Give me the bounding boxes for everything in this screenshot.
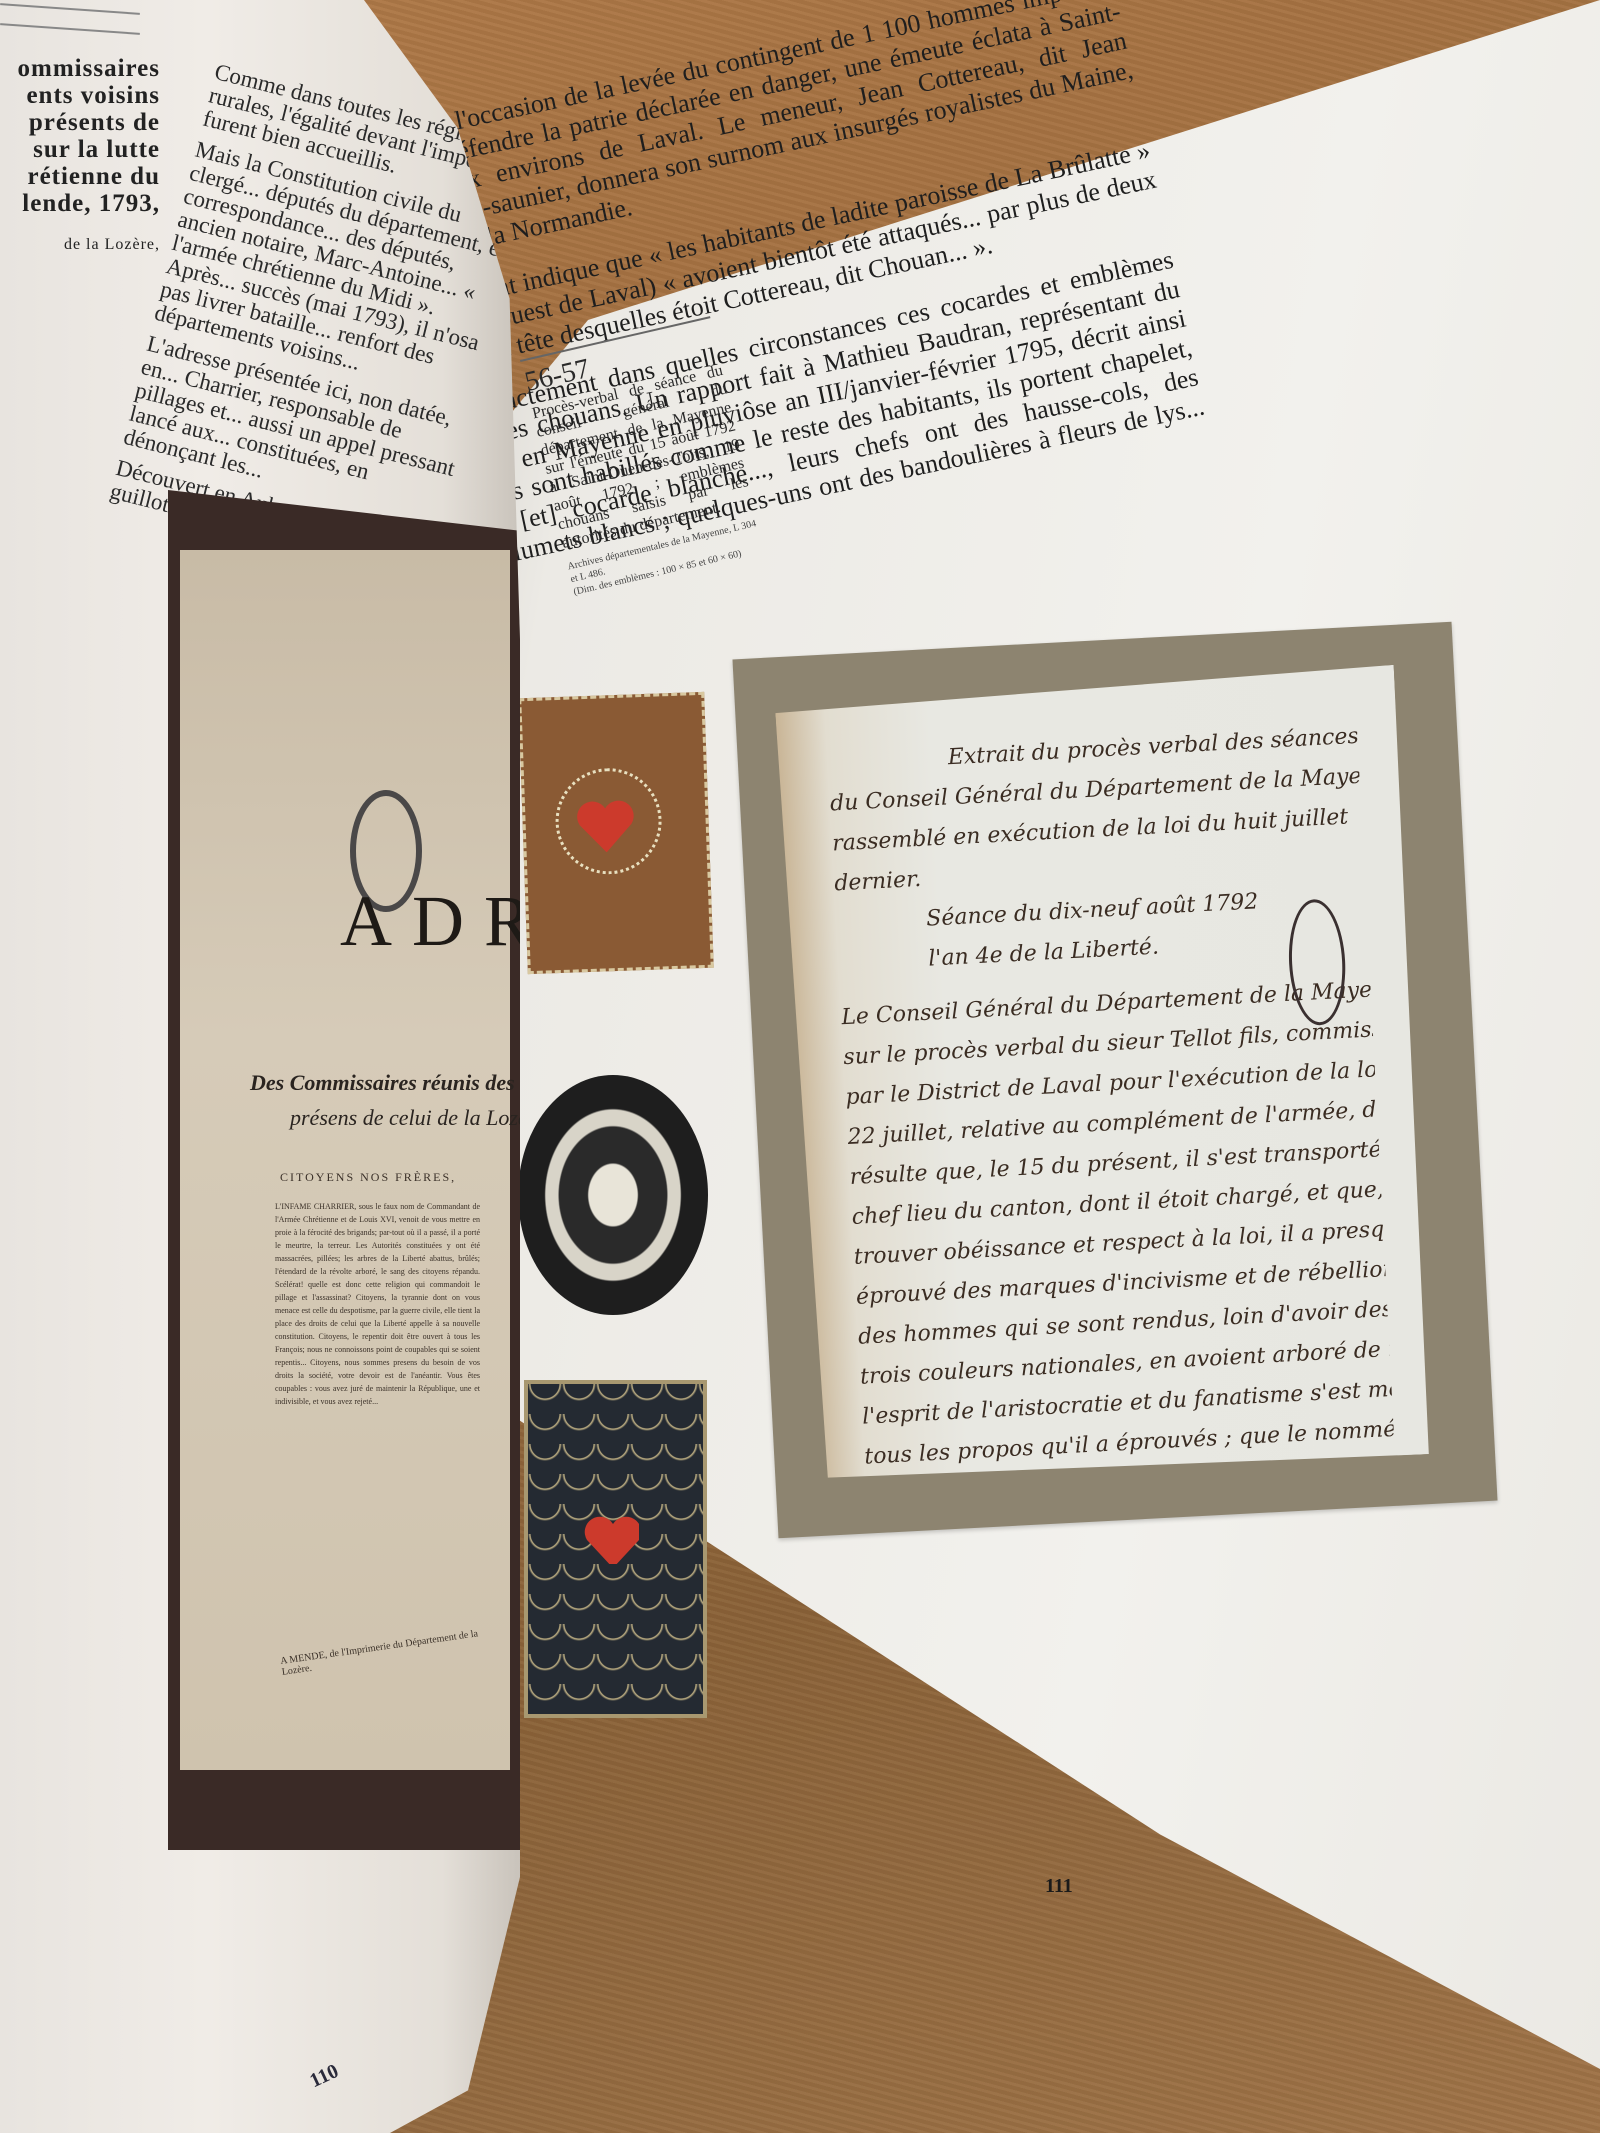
heading-line: présents de — [0, 109, 160, 136]
poster-subtitle-2: présens de celui de la Lozère, — [290, 1105, 551, 1131]
heading-rule — [0, 3, 140, 15]
page-number-right: 111 — [1045, 1875, 1073, 1898]
sacred-heart-patch-black — [524, 1380, 707, 1718]
heading-line: ommissaires — [0, 55, 160, 82]
heading-line: lende, 1793, — [0, 190, 160, 217]
printed-poster: ADRES Des Commissaires réunis des Départ… — [180, 550, 510, 1770]
black-white-cockade — [518, 1075, 708, 1315]
poster-salutation: CITOYENS NOS FRÈRES, — [280, 1170, 456, 1185]
heart-icon — [583, 1514, 639, 1564]
heading-rule — [0, 23, 140, 35]
heading-subline: de la Lozère, — [0, 231, 160, 258]
manuscript-document: Extrait du procès verbal des séances per… — [775, 665, 1435, 1486]
left-heading: ommissaires ents voisins présents de sur… — [0, 55, 160, 258]
heading-line: rétienne du — [0, 163, 160, 190]
sacred-heart-patch-brown — [518, 692, 714, 974]
heading-line: sur la lutte — [0, 136, 160, 163]
page-number-left: 110 — [306, 2060, 342, 2093]
adresse-poster-photo: ADRES Des Commissaires réunis des Départ… — [168, 490, 520, 1850]
left-page-110: ommissaires ents voisins présents de sur… — [0, 0, 520, 2133]
heading-line: ents voisins — [0, 82, 160, 109]
manuscript-photo-frame: Extrait du procès verbal des séances per… — [732, 622, 1497, 1538]
poster-body: L'INFAME CHARRIER, sous le faux nom de C… — [275, 1200, 480, 1640]
